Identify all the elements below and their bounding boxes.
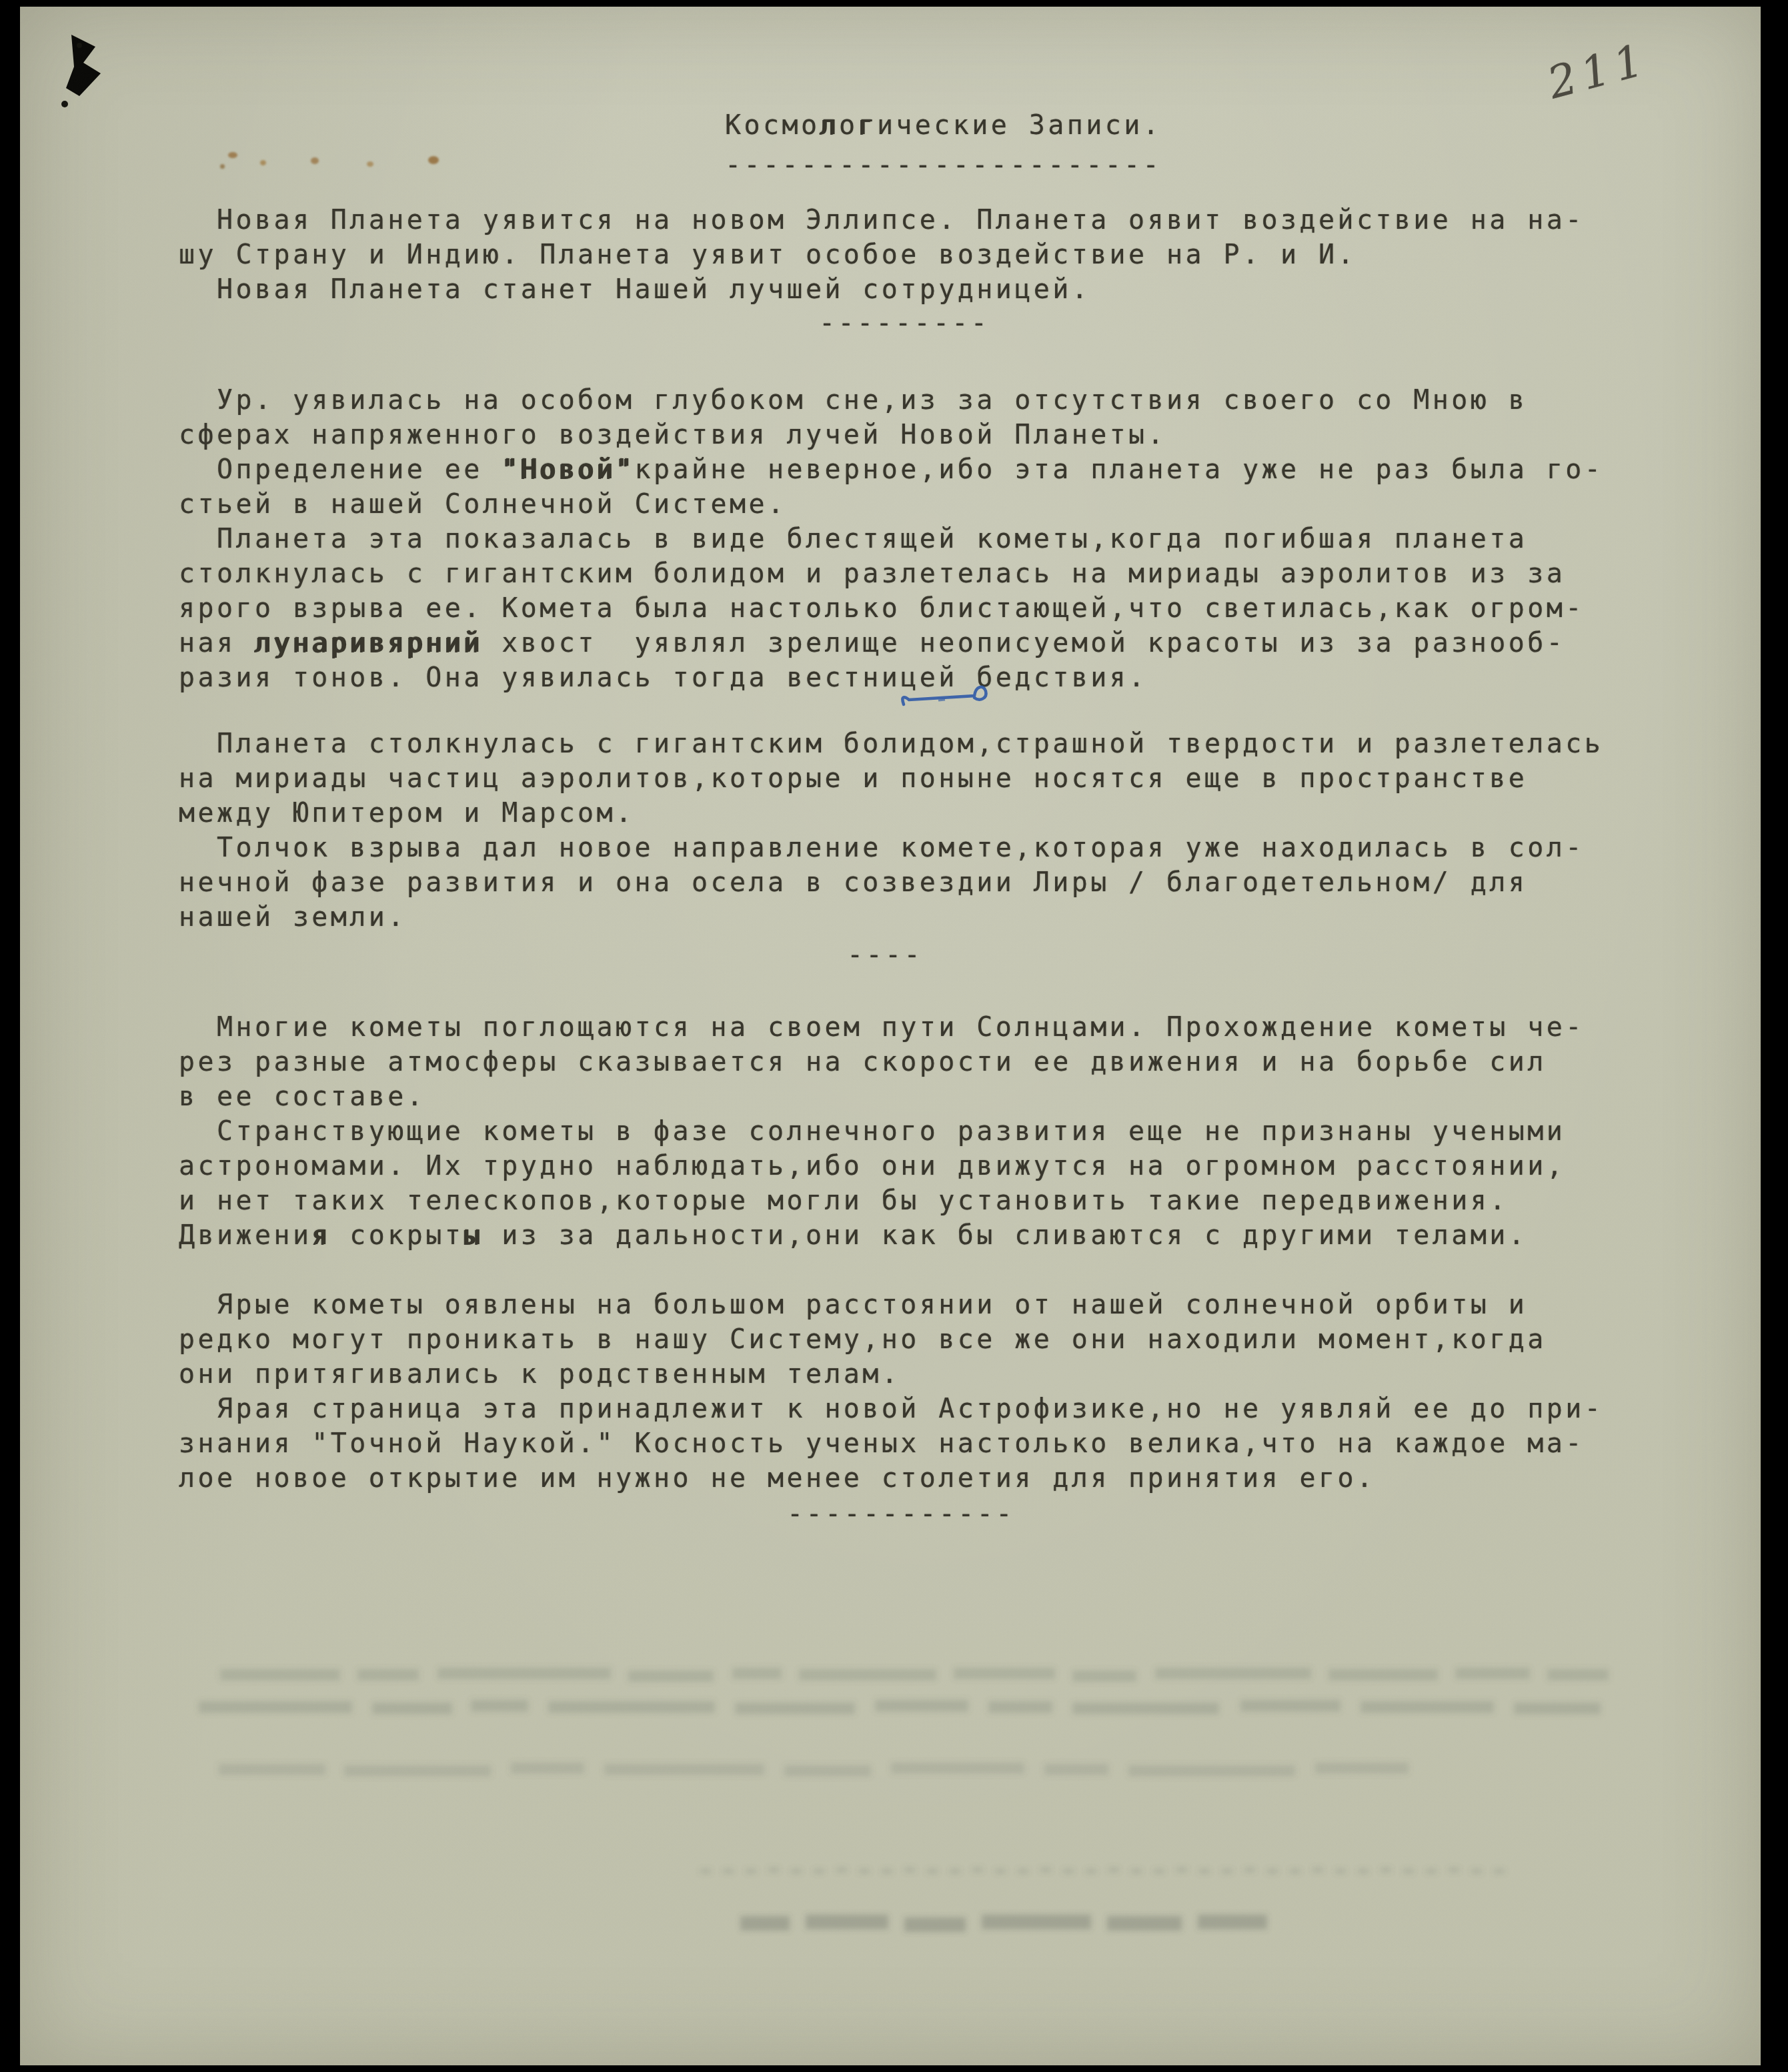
typed-line: Ярая страница эта принадлежит к новой Ас…	[179, 1392, 1603, 1426]
paragraph: Ур. уявилась на особом глубоком сне,из з…	[179, 383, 1603, 695]
typed-line: редко могут проникать в нашу Систему,но …	[179, 1322, 1603, 1357]
typed-line: шу Страну и Индию. Планета уявит особое …	[179, 237, 1585, 272]
typed-line: стьей в нашей Солнечной Системе.	[179, 487, 1603, 522]
typed-line: Планета столкнулась с гигантским болидом…	[179, 726, 1603, 761]
stamp-ghost	[740, 1915, 1267, 1932]
typed-line: Ур. уявилась на особом глубоком сне,из з…	[179, 383, 1603, 418]
typed-line: Новая Планета станет Нашей лучшей сотруд…	[179, 272, 1585, 307]
title-underline-dashes: -----------------------	[725, 148, 1162, 183]
stain	[228, 152, 237, 158]
typed-line: и нет таких телескопов,которые могли бы …	[179, 1183, 1585, 1218]
typed-line: между Юпитером и Марсом.	[179, 796, 1603, 831]
typed-line: в ее составе.	[179, 1079, 1585, 1114]
typed-line: Толчок взрыва дал новое направление коме…	[179, 831, 1603, 865]
torn-corner	[57, 32, 150, 119]
page-title: Космологические Записи.	[725, 108, 1162, 143]
typed-line: на мириады частиц аэролитов,которые и по…	[179, 761, 1603, 796]
typed-line: сферах напряженного воздействия лучей Но…	[179, 418, 1603, 452]
closing-divider-dashes: ------------	[787, 1497, 1015, 1532]
typed-line: ная лунаривярний хвост уявлял зрелище не…	[179, 626, 1603, 660]
typed-line: Новая Планета уявится на новом Эллипсе. …	[179, 203, 1585, 237]
stain	[220, 164, 225, 169]
typed-line: рез разные атмосферы сказывается на скор…	[179, 1045, 1585, 1079]
typed-line: лое новое открытие им нужно не менее сто…	[179, 1461, 1603, 1496]
paragraph: Планета столкнулась с гигантским болидом…	[179, 726, 1603, 935]
typed-line: нашей земли.	[179, 900, 1603, 935]
paragraph: Новая Планета уявится на новом Эллипсе. …	[179, 203, 1585, 307]
typed-line: Планета эта показалась в виде блестящей …	[179, 522, 1603, 556]
typed-line: нечной фазе развития и она осела в созве…	[179, 865, 1603, 900]
scanned-document-page: { "meta": { "page_number": "211" }, "tit…	[0, 0, 1788, 2072]
typed-line: знания "Точной Наукой." Косность ученых …	[179, 1426, 1603, 1461]
section-divider-dashes: ----	[847, 938, 923, 973]
typed-line: они притягивались к родственным телам.	[179, 1357, 1603, 1392]
typed-line: разия тонов. Она уявилась тогда вестнице…	[179, 660, 1603, 695]
typed-line: ярого взрыва ее. Комета была настолько б…	[179, 591, 1603, 626]
stain	[428, 156, 439, 164]
typed-line: астрономами. Их трудно наблюдать,ибо они…	[179, 1149, 1585, 1183]
typed-line: Странствующие кометы в фазе солнечного р…	[179, 1114, 1585, 1149]
typed-line: Определение ее "Новой"крайне неверное,иб…	[179, 452, 1603, 487]
typed-line: Движения сокрыты из за дальности,они как…	[179, 1218, 1585, 1253]
paper-sheet: 211 Космологические Записи. ------------…	[20, 7, 1761, 2065]
typed-line: Ярые кометы оявлены на большом расстояни…	[179, 1287, 1603, 1322]
stain	[311, 157, 319, 164]
page-number: 211	[1543, 33, 1655, 109]
stain	[367, 161, 373, 167]
typed-line: Многие кометы поглощаются на своем пути …	[179, 1010, 1585, 1045]
paragraph: Ярые кометы оявлены на большом расстояни…	[179, 1287, 1603, 1496]
typed-line: столкнулась с гигантским болидом и разле…	[179, 556, 1603, 591]
stain	[260, 160, 266, 165]
paragraph: Многие кометы поглощаются на своем пути …	[179, 1010, 1585, 1253]
section-divider-dashes: ---------	[819, 306, 990, 341]
